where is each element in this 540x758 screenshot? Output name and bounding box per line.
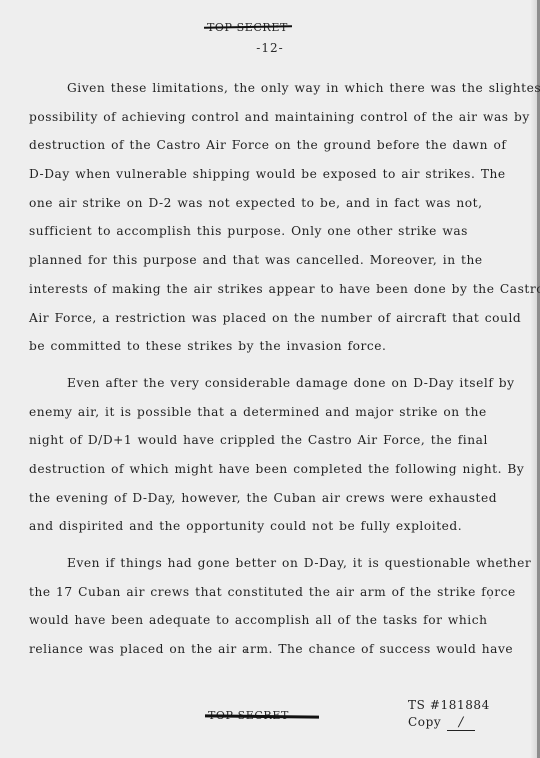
text-line: reliance was placed on the air arm. The … <box>29 638 519 667</box>
control-number: TS #181884 <box>408 697 490 714</box>
classification-header: TOP SECRET <box>207 21 288 34</box>
text-line: destruction of which might have been com… <box>29 458 519 487</box>
page-number: -12- <box>0 41 540 55</box>
copy-number: / <box>447 716 475 731</box>
document-page: TOP SECRET -12- Given these limitations,… <box>0 0 540 758</box>
text-line: enemy air, it is possible that a determi… <box>29 401 519 430</box>
text-line: one air strike on D-2 was not expected t… <box>29 192 519 221</box>
text-line: be committed to these strikes by the inv… <box>29 335 519 364</box>
text-line: Even after the very considerable damage … <box>29 372 519 401</box>
text-line: would have been adequate to accomplish a… <box>29 609 519 638</box>
text-line: Given these limitations, the only way in… <box>29 77 519 106</box>
paragraph-2: Even after the very considerable damage … <box>29 372 519 544</box>
text-line: and dispirited and the opportunity could… <box>29 515 519 544</box>
text-line: sufficient to accomplish this purpose. O… <box>29 220 519 249</box>
text-line: the evening of D-Day, however, the Cuban… <box>29 487 519 516</box>
text-line: planned for this purpose and that was ca… <box>29 249 519 278</box>
text-line: Air Force, a restriction was placed on t… <box>29 307 519 336</box>
classification-footer: TOP SECRET <box>208 709 289 722</box>
paragraph-3: Even if things had gone better on D-Day,… <box>29 552 519 667</box>
text-line: destruction of the Castro Air Force on t… <box>29 134 519 163</box>
text-line: night of D/D+1 would have crippled the C… <box>29 429 519 458</box>
document-control: TS #181884 Copy / <box>408 697 490 731</box>
body-text: Given these limitations, the only way in… <box>29 77 519 667</box>
copy-label: Copy <box>408 714 441 731</box>
text-line: Even if things had gone better on D-Day,… <box>29 552 519 581</box>
scan-speck <box>245 650 248 652</box>
text-line: interests of making the air strikes appe… <box>29 278 519 307</box>
copy-line: Copy / <box>408 714 490 731</box>
text-line: D-Day when vulnerable shipping would be … <box>29 163 519 192</box>
paragraph-1: Given these limitations, the only way in… <box>29 77 519 364</box>
text-line: possibility of achieving control and mai… <box>29 106 519 135</box>
scan-speck <box>489 597 491 599</box>
text-line: the 17 Cuban air crews that constituted … <box>29 581 519 610</box>
